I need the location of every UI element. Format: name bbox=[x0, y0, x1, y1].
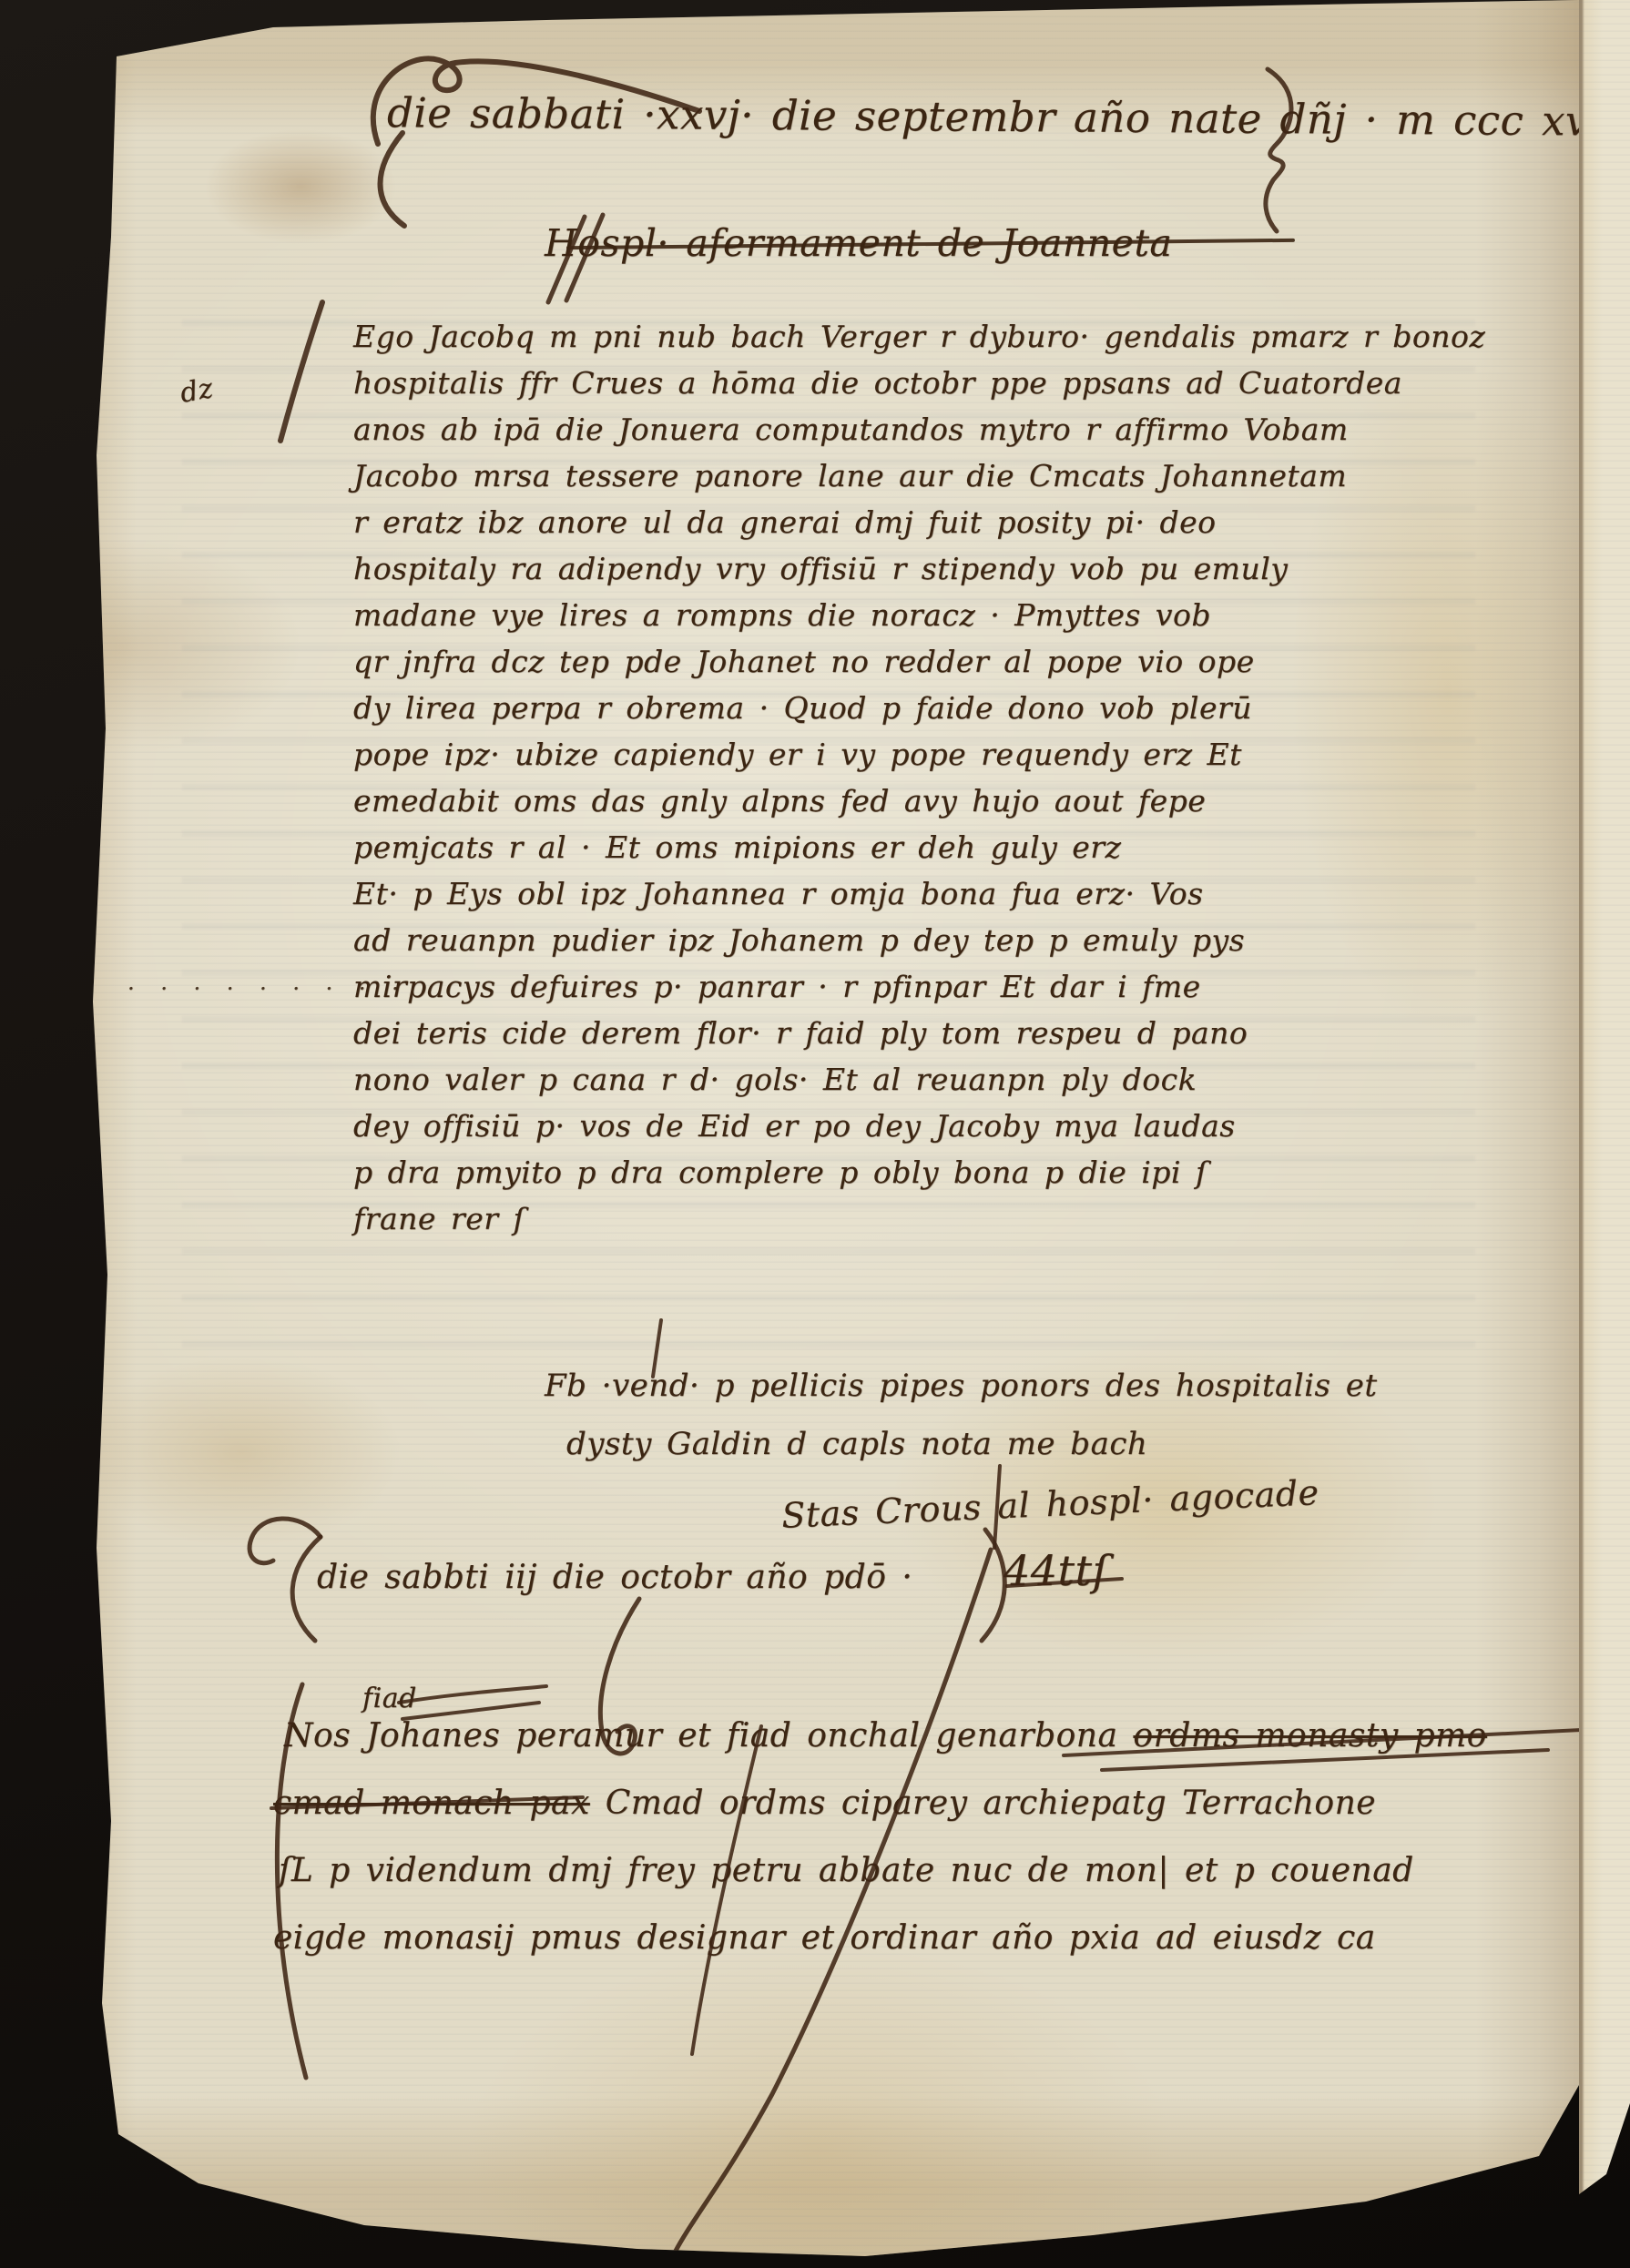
interlinear-correction: fiad bbox=[362, 1683, 417, 1714]
manuscript-line: hospitalis ffr Crues a hōma die octobr p… bbox=[353, 365, 1485, 412]
struck-text: cmad monach pax bbox=[273, 1785, 590, 1822]
annotation-line: ſL p videndum dmj frey petru abbate nuc … bbox=[279, 1852, 1414, 1889]
heading-close-brace bbox=[1266, 69, 1291, 231]
heading-open-paren bbox=[381, 133, 405, 226]
margin-mark: dz bbox=[178, 372, 216, 410]
manuscript-line: frane rer ſ bbox=[353, 1201, 1485, 1247]
margin-dotted-line: · · · · · · · · · bbox=[127, 976, 406, 1002]
short-pen-stroke bbox=[692, 1726, 761, 2054]
annotation-text: Cmad ordms ciparey archiepatg Terrachone bbox=[590, 1785, 1376, 1822]
manuscript-line: mirpacys defuires p· panrar · r pfinpar … bbox=[353, 969, 1485, 1015]
adjacent-page-edge bbox=[1579, 0, 1630, 2268]
dateline-paren-curl bbox=[250, 1519, 321, 1563]
signature-line: Stas Crous al hospl· agocade bbox=[780, 1472, 1319, 1536]
date-heading: die sabbati ·xxvj· die septembr año nate… bbox=[387, 88, 1630, 146]
struck-text: ordms monasty pmo bbox=[1133, 1717, 1487, 1754]
dateline-close-paren bbox=[982, 1530, 1004, 1641]
manuscript-photo: die sabbati ·xxvj· die septembr año nate… bbox=[0, 0, 1630, 2268]
manuscript-line: Et· p Eys obl ipz Johannea r omja bona f… bbox=[353, 876, 1485, 922]
manuscript-line: madane vye lires a rompns die noracz · P… bbox=[353, 597, 1485, 644]
manuscript-line: ad reuanpn pudier ipz Johanem p dey tep … bbox=[353, 922, 1485, 969]
manuscript-line: dei teris cide derem flor· r faid ply to… bbox=[353, 1015, 1485, 1062]
amount-figure: 44ttſ bbox=[1003, 1546, 1108, 1595]
notary-note-line: dysty Galdin d capls nota me bach bbox=[566, 1426, 1147, 1462]
long-pen-stroke bbox=[674, 1550, 991, 2254]
annotation-text: Nos Johanes peramur et fiad onchal genar… bbox=[284, 1717, 1133, 1754]
correction-strike bbox=[399, 1686, 546, 1703]
manuscript-line: qr jnfra dcz tep pde Johanet no redder a… bbox=[353, 644, 1485, 690]
manuscript-line: dy lirea perpa r obrema · Quod p faide d… bbox=[353, 690, 1485, 737]
manuscript-line: anos ab ipā die Jonuera computandos mytr… bbox=[353, 412, 1485, 458]
manuscript-line: hospitaly ra adipendy vry offisiū r stip… bbox=[353, 551, 1485, 597]
annotation-line: cmad monach pax Cmad ordms ciparey archi… bbox=[273, 1785, 1376, 1822]
manuscript-line: pemjcats r al · Et oms mipions er deh gu… bbox=[353, 829, 1485, 876]
manuscript-line: p dra pmyito p dra complere p obly bona … bbox=[353, 1154, 1485, 1201]
second-date-line: die sabbti iij die octobr año pdō · bbox=[317, 1559, 912, 1596]
manuscript-line: r eratz ibz anore ul da gnerai dmj fuit … bbox=[353, 504, 1485, 551]
manuscript-line: Jacobo mrsa tessere panore lane aur die … bbox=[353, 458, 1485, 504]
manuscript-line: emedabit oms das gnly alpns fed avy hujo… bbox=[353, 783, 1485, 829]
notary-note-line: Fb ·vend· p pellicis pipes ponors des ho… bbox=[545, 1368, 1378, 1404]
main-text-block: Ego Jacobq m pni nub bach Verger r dybur… bbox=[353, 319, 1485, 1247]
manuscript-page: die sabbati ·xxvj· die septembr año nate… bbox=[0, 0, 1630, 2268]
manuscript-line: pope ipz· ubize capiendy er i vy pope re… bbox=[353, 737, 1485, 783]
annotation-line: Nos Johanes peramur et fiad onchal genar… bbox=[284, 1717, 1487, 1754]
manuscript-line: dey offisiū p· vos de Eid er po dey Jaco… bbox=[353, 1108, 1485, 1154]
annotation-line: eigde monasij pmus designar et ordinar a… bbox=[273, 1919, 1376, 1957]
manuscript-line: Ego Jacobq m pni nub bach Verger r dybur… bbox=[353, 319, 1485, 365]
manuscript-line: nono valer p cana r d· gols· Et al reuan… bbox=[353, 1062, 1485, 1108]
